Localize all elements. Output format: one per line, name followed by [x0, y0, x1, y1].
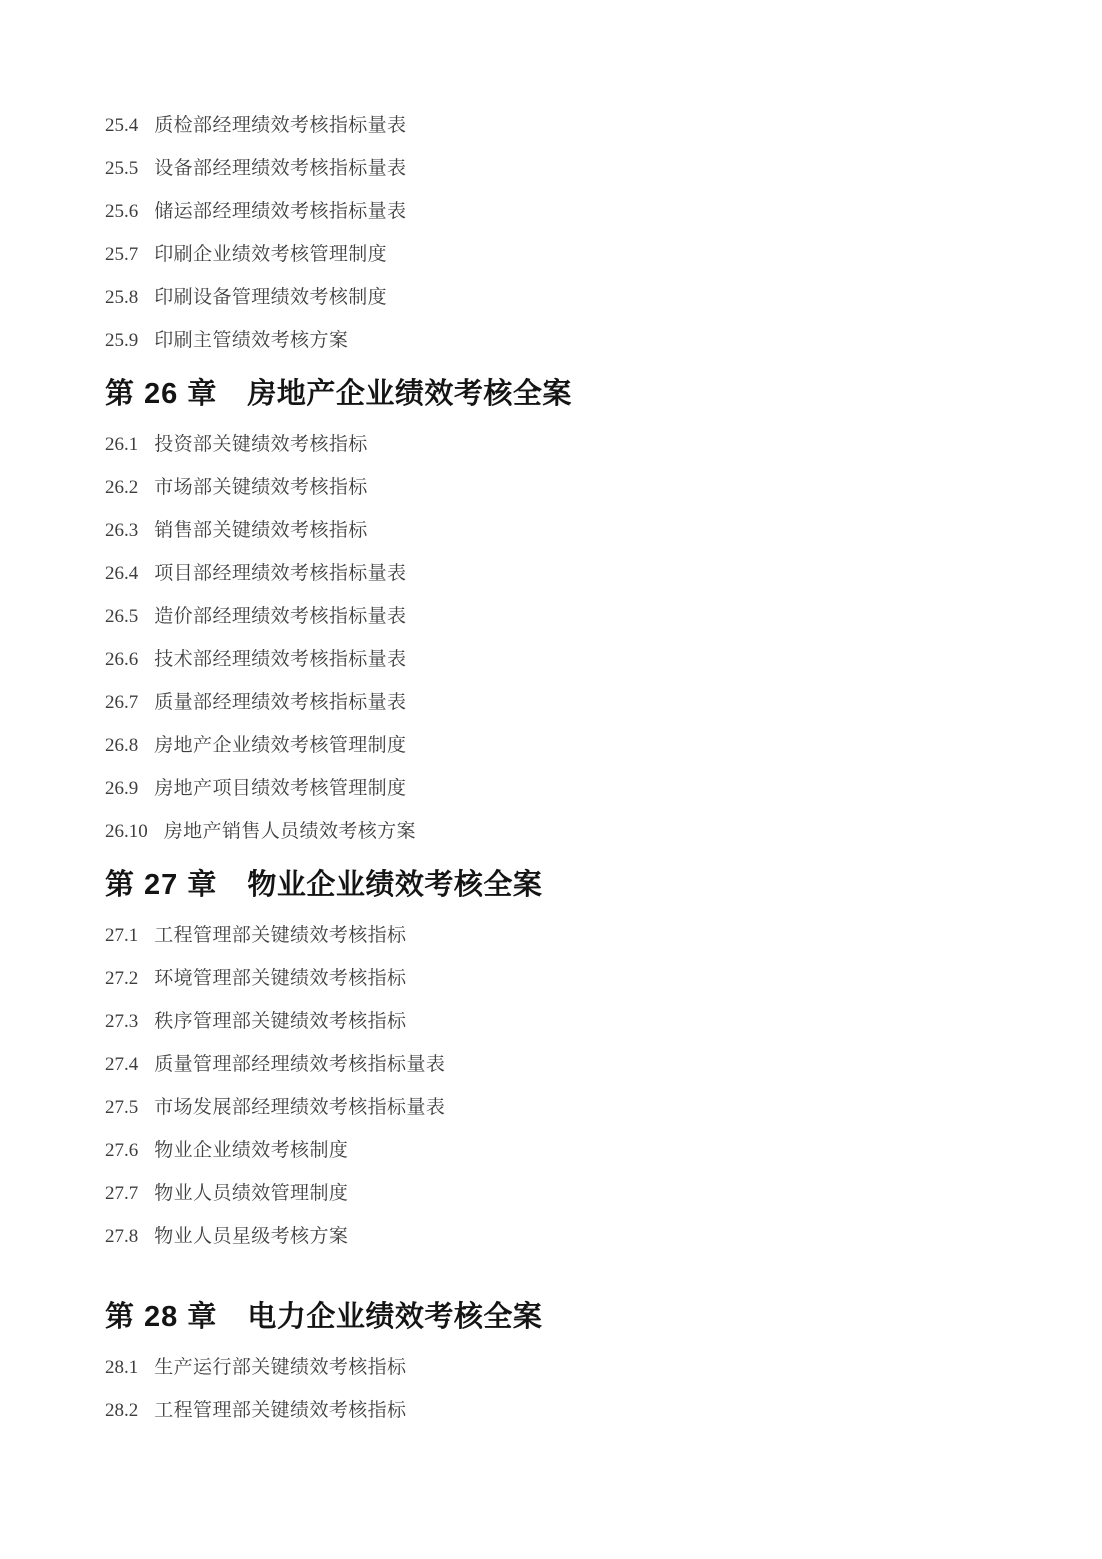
toc-item-title: 房地产项目绩效考核管理制度 [154, 778, 406, 799]
chapter-title: 房地产企业绩效考核全案 [247, 378, 572, 410]
chapter-number-label: 第 27 章 [105, 867, 217, 903]
document-page: 25.4质检部经理绩效考核指标量表25.5设备部经理绩效考核指标量表25.6储运… [0, 0, 1102, 1559]
toc-item-title: 市场发展部经理绩效考核指标量表 [154, 1097, 445, 1118]
toc-item-number: 25.7 [105, 244, 138, 266]
toc-item: 26.8房地产企业绩效考核管理制度 [105, 735, 1042, 757]
toc-item-number: 27.4 [105, 1054, 138, 1076]
toc-item: 26.7质量部经理绩效考核指标量表 [105, 692, 1042, 714]
toc-item: 27.8物业人员星级考核方案 [105, 1226, 1042, 1248]
toc-item-title: 印刷设备管理绩效考核制度 [154, 287, 387, 308]
toc-item: 26.5造价部经理绩效考核指标量表 [105, 606, 1042, 628]
toc-item-title: 项目部经理绩效考核指标量表 [154, 563, 406, 584]
toc-item-number: 26.2 [105, 477, 138, 499]
toc-item-title: 工程管理部关键绩效考核指标 [154, 925, 406, 946]
chapter-title: 物业企业绩效考核全案 [247, 869, 542, 901]
chapter-heading: 第 26 章房地产企业绩效考核全案 [105, 376, 1042, 412]
chapter-number-label: 第 28 章 [105, 1299, 217, 1335]
toc-item: 26.4项目部经理绩效考核指标量表 [105, 563, 1042, 585]
toc-item: 27.1工程管理部关键绩效考核指标 [105, 925, 1042, 947]
toc-item-number: 26.5 [105, 606, 138, 628]
toc-item-title: 物业人员绩效管理制度 [154, 1183, 348, 1204]
toc-item-number: 28.2 [105, 1400, 138, 1422]
toc-item-title: 质检部经理绩效考核指标量表 [154, 115, 406, 136]
toc-item: 25.9印刷主管绩效考核方案 [105, 330, 1042, 352]
toc-item-title: 房地产企业绩效考核管理制度 [154, 735, 406, 756]
toc-item-number: 26.8 [105, 735, 138, 757]
toc-item-title: 技术部经理绩效考核指标量表 [154, 649, 406, 670]
toc-item: 26.6技术部经理绩效考核指标量表 [105, 649, 1042, 671]
toc-item: 27.5市场发展部经理绩效考核指标量表 [105, 1097, 1042, 1119]
toc-item-title: 工程管理部关键绩效考核指标 [154, 1400, 406, 1421]
toc-item-number: 25.6 [105, 201, 138, 223]
chapter-number-label: 第 26 章 [105, 376, 217, 412]
toc-item-number: 27.5 [105, 1097, 138, 1119]
chapter-heading: 第 28 章电力企业绩效考核全案 [105, 1299, 1042, 1335]
toc-item-title: 销售部关键绩效考核指标 [154, 520, 367, 541]
toc-item-number: 26.1 [105, 434, 138, 456]
chapter-heading: 第 27 章物业企业绩效考核全案 [105, 867, 1042, 903]
table-of-contents: 25.4质检部经理绩效考核指标量表25.5设备部经理绩效考核指标量表25.6储运… [0, 0, 1102, 1422]
toc-item-title: 投资部关键绩效考核指标 [154, 434, 367, 455]
toc-item-title: 设备部经理绩效考核指标量表 [154, 158, 406, 179]
toc-item: 25.4质检部经理绩效考核指标量表 [105, 115, 1042, 137]
toc-item-number: 27.8 [105, 1226, 138, 1248]
toc-item-number: 26.3 [105, 520, 138, 542]
toc-item: 25.8印刷设备管理绩效考核制度 [105, 287, 1042, 309]
toc-item-number: 25.8 [105, 287, 138, 309]
toc-item-title: 物业企业绩效考核制度 [154, 1140, 348, 1161]
toc-item-number: 26.9 [105, 778, 138, 800]
toc-item: 25.6储运部经理绩效考核指标量表 [105, 201, 1042, 223]
toc-item-title: 质量部经理绩效考核指标量表 [154, 692, 406, 713]
toc-item-number: 27.3 [105, 1011, 138, 1033]
toc-item-title: 造价部经理绩效考核指标量表 [154, 606, 406, 627]
toc-item: 25.5设备部经理绩效考核指标量表 [105, 158, 1042, 180]
toc-item: 26.2市场部关键绩效考核指标 [105, 477, 1042, 499]
toc-item-title: 环境管理部关键绩效考核指标 [154, 968, 406, 989]
toc-item: 26.9房地产项目绩效考核管理制度 [105, 778, 1042, 800]
toc-item-title: 储运部经理绩效考核指标量表 [154, 201, 406, 222]
toc-item-number: 28.1 [105, 1357, 138, 1379]
toc-item-number: 27.2 [105, 968, 138, 990]
toc-item-title: 房地产销售人员绩效考核方案 [164, 821, 416, 842]
toc-item: 26.3销售部关键绩效考核指标 [105, 520, 1042, 542]
toc-item: 27.2环境管理部关键绩效考核指标 [105, 968, 1042, 990]
toc-item-number: 26.6 [105, 649, 138, 671]
toc-item: 25.7印刷企业绩效考核管理制度 [105, 244, 1042, 266]
toc-item-title: 物业人员星级考核方案 [154, 1226, 348, 1247]
toc-item-title: 秩序管理部关键绩效考核指标 [154, 1011, 406, 1032]
toc-item-number: 27.7 [105, 1183, 138, 1205]
toc-item: 27.6物业企业绩效考核制度 [105, 1140, 1042, 1162]
toc-item-title: 质量管理部经理绩效考核指标量表 [154, 1054, 445, 1075]
toc-item-number: 26.4 [105, 563, 138, 585]
toc-item: 27.7物业人员绩效管理制度 [105, 1183, 1042, 1205]
toc-item: 27.3秩序管理部关键绩效考核指标 [105, 1011, 1042, 1033]
toc-item-number: 26.10 [105, 821, 148, 843]
toc-item-number: 25.9 [105, 330, 138, 352]
toc-item-title: 印刷企业绩效考核管理制度 [154, 244, 387, 265]
toc-item-number: 25.4 [105, 115, 138, 137]
toc-item: 26.10房地产销售人员绩效考核方案 [105, 821, 1042, 843]
toc-item: 27.4质量管理部经理绩效考核指标量表 [105, 1054, 1042, 1076]
toc-item-number: 25.5 [105, 158, 138, 180]
toc-item: 28.1生产运行部关键绩效考核指标 [105, 1357, 1042, 1379]
toc-item-title: 市场部关键绩效考核指标 [154, 477, 367, 498]
toc-item-title: 生产运行部关键绩效考核指标 [154, 1357, 406, 1378]
toc-item: 26.1投资部关键绩效考核指标 [105, 434, 1042, 456]
toc-item-number: 26.7 [105, 692, 138, 714]
chapter-title: 电力企业绩效考核全案 [247, 1301, 542, 1333]
toc-item: 28.2工程管理部关键绩效考核指标 [105, 1400, 1042, 1422]
toc-item-number: 27.6 [105, 1140, 138, 1162]
toc-item-number: 27.1 [105, 925, 138, 947]
toc-item-title: 印刷主管绩效考核方案 [154, 330, 348, 351]
